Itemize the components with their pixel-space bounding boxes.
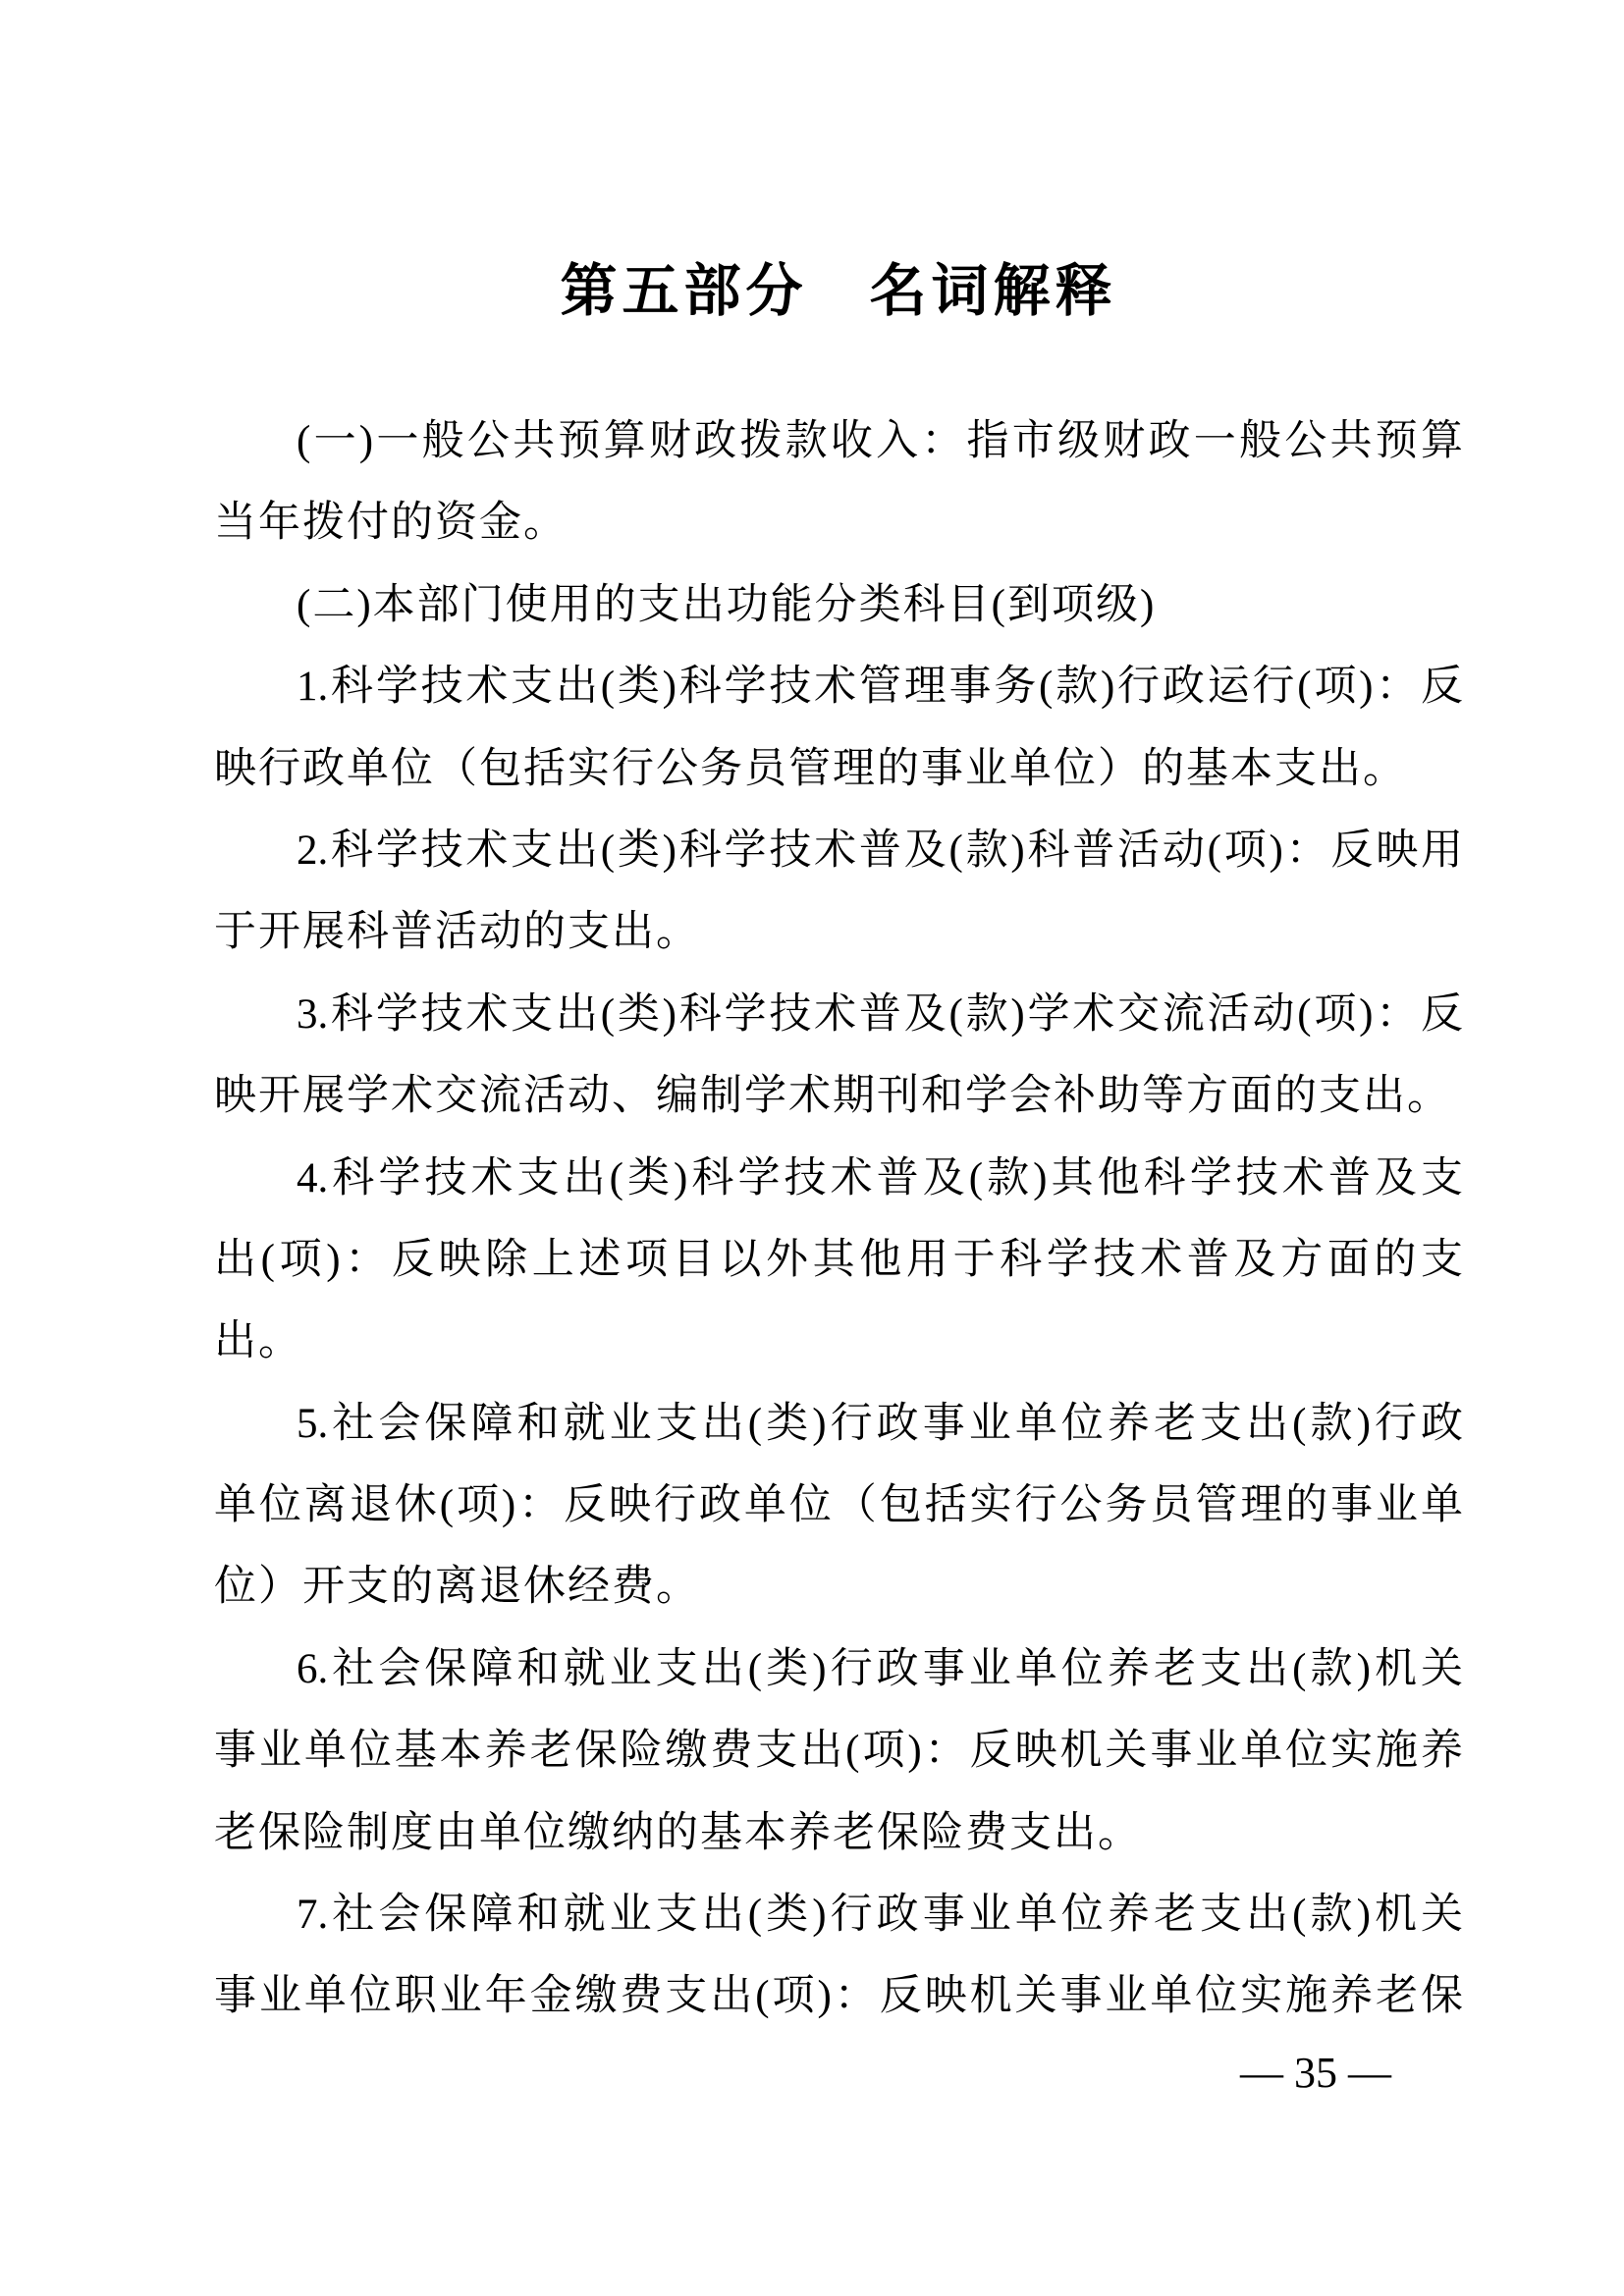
text-line: 1.科学技术支出(类)科学技术管理事务(款)行政运行(项)：反	[214, 646, 1463, 727]
text-line: 3.科学技术支出(类)科学技术普及(款)学术交流活动(项)：反	[214, 974, 1463, 1055]
text-line: (二)本部门使用的支出功能分类科目(到项级)	[214, 564, 1463, 646]
text-line: 映行政单位（包括实行公务员管理的事业单位）的基本支出。	[214, 728, 1463, 810]
text-line: (一)一般公共预算财政拨款收入：指市级财政一般公共预算	[214, 400, 1463, 482]
text-line: 2.科学技术支出(类)科学技术普及(款)科普活动(项)：反映用	[214, 810, 1463, 891]
text-line: 出。	[214, 1301, 1463, 1382]
text-line: 出(项)：反映除上述项目以外其他用于科学技术普及方面的支	[214, 1219, 1463, 1301]
text-line: 6.社会保障和就业支出(类)行政事业单位养老支出(款)机关	[214, 1629, 1463, 1710]
text-line: 位）开支的离退休经费。	[214, 1546, 1463, 1628]
text-line: 老保险制度由单位缴纳的基本养老保险费支出。	[214, 1792, 1463, 1874]
text-line: 于开展科普活动的支出。	[214, 891, 1463, 973]
text-line: 映开展学术交流活动、编制学术期刊和学会补助等方面的支出。	[214, 1055, 1463, 1137]
text-line: 单位离退休(项)：反映行政单位（包括实行公务员管理的事业单	[214, 1465, 1463, 1546]
text-line: 事业单位职业年金缴费支出(项)：反映机关事业单位实施养老保	[214, 1955, 1463, 2037]
document-page: 第五部分 名词解释 (一)一般公共预算财政拨款收入：指市级财政一般公共预算当年拨…	[0, 0, 1624, 2296]
section-title: 第五部分 名词解释	[214, 257, 1463, 326]
document-body: (一)一般公共预算财政拨款收入：指市级财政一般公共预算当年拨付的资金。(二)本部…	[214, 400, 1463, 2038]
text-line: 事业单位基本养老保险缴费支出(项)：反映机关事业单位实施养	[214, 1710, 1463, 1791]
text-line: 4.科学技术支出(类)科学技术普及(款)其他科学技术普及支	[214, 1138, 1463, 1219]
text-line: 7.社会保障和就业支出(类)行政事业单位养老支出(款)机关	[214, 1874, 1463, 1955]
text-line: 当年拨付的资金。	[214, 482, 1463, 563]
page-number: — 35 —	[1227, 2048, 1404, 2099]
text-line: 5.社会保障和就业支出(类)行政事业单位养老支出(款)行政	[214, 1383, 1463, 1465]
